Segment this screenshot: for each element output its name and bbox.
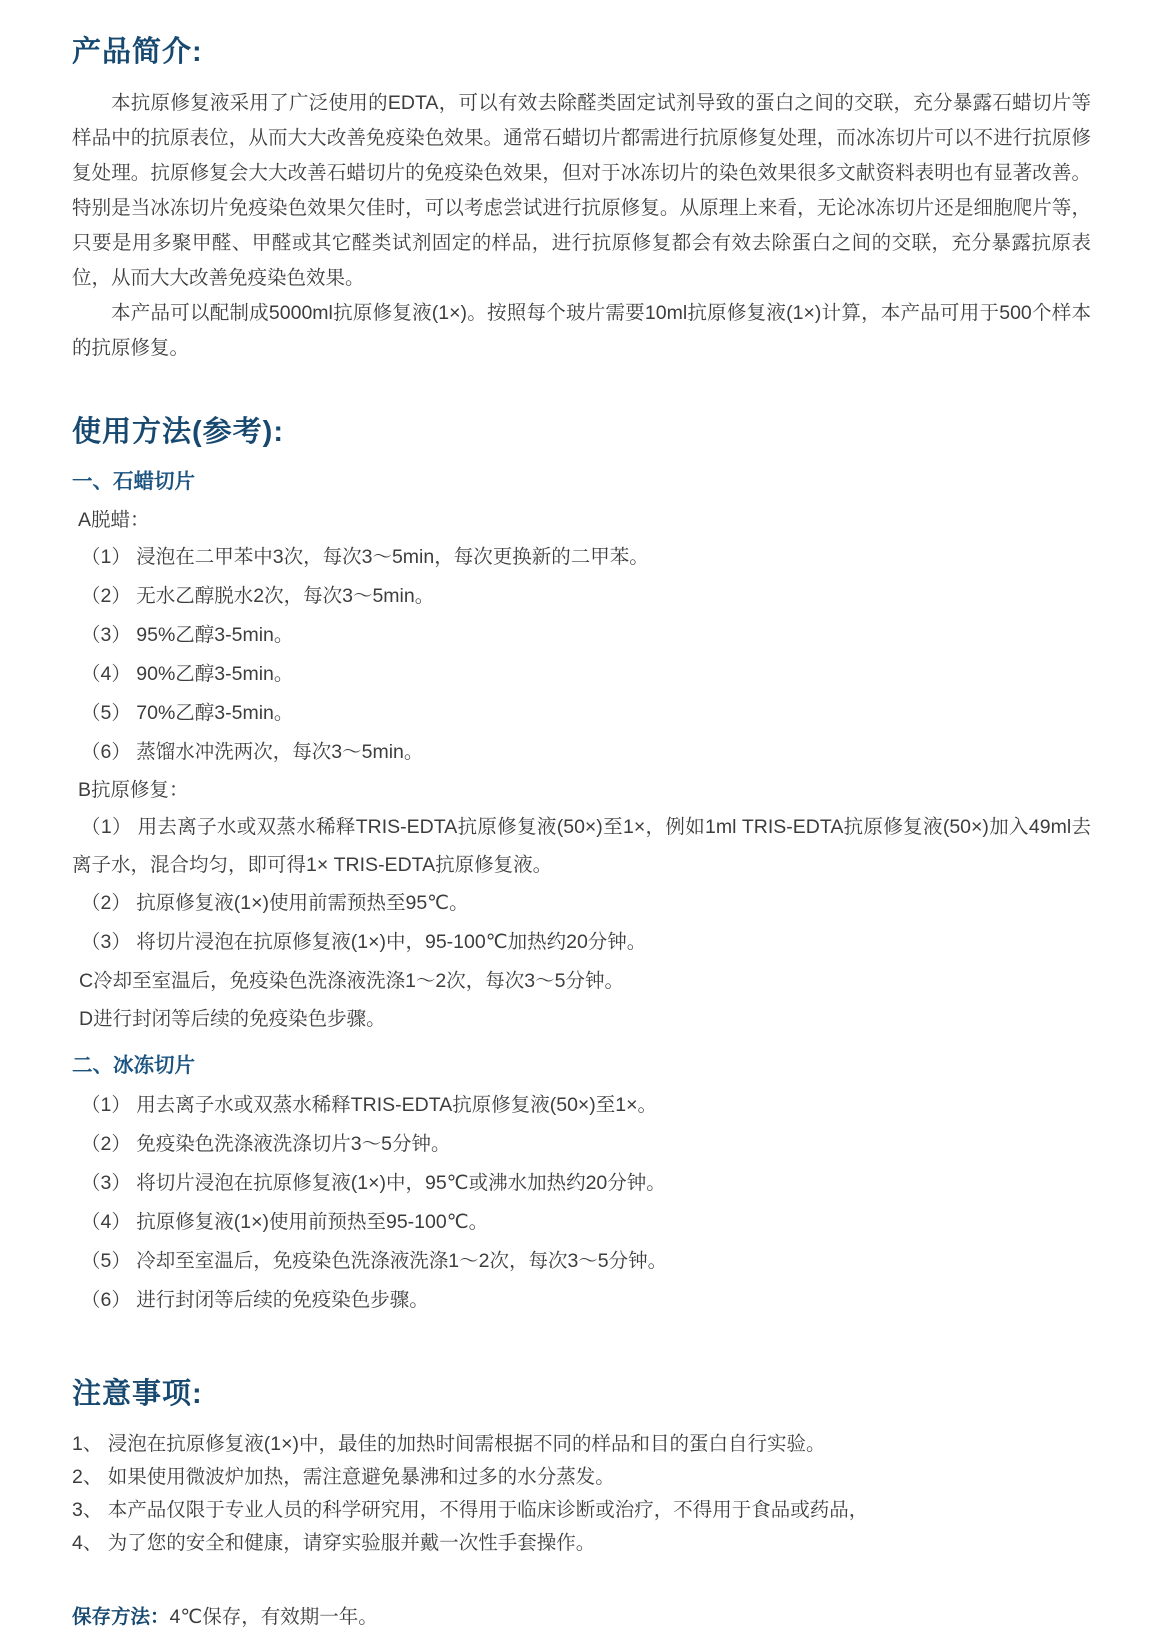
dewax-label: A脱蜡：: [72, 502, 1091, 538]
note-item-2: 2、 如果使用微波炉加热，需注意避免暴沸和过多的水分蒸发。: [72, 1461, 1091, 1494]
note-item-3: 3、 本产品仅限于专业人员的科学研究用，不得用于临床诊断或治疗，不得用于食品或药…: [72, 1494, 1091, 1527]
frozen-step-6: （6） 进行封闭等后续的免疫染色步骤。: [72, 1281, 1091, 1320]
dewax-step-4: （4） 90%乙醇3-5min。: [72, 655, 1091, 694]
frozen-step-3: （3） 将切片浸泡在抗原修复液(1×)中，95℃或沸水加热约20分钟。: [72, 1164, 1091, 1203]
frozen-step-2: （2） 免疫染色洗涤液洗涤切片3～5分钟。: [72, 1125, 1091, 1164]
storage-text: 4℃保存，有效期一年。: [170, 1606, 378, 1628]
frozen-step-5: （5） 冷却至室温后，免疫染色洗涤液洗涤1～2次，每次3～5分钟。: [72, 1242, 1091, 1281]
notes-section: 注意事项: 1、 浸泡在抗原修复液(1×)中，最佳的加热时间需根据不同的样品和目…: [72, 1374, 1091, 1560]
intro-section: 产品简介: 本抗原修复液采用了广泛使用的EDTA，可以有效去除醛类固定试剂导致的…: [72, 32, 1091, 366]
blocking-step: D进行封闭等后续的免疫染色步骤。: [72, 1000, 1091, 1038]
notes-list: 1、 浸泡在抗原修复液(1×)中，最佳的加热时间需根据不同的样品和目的蛋白自行实…: [72, 1428, 1091, 1560]
dewax-step-2: （2） 无水乙醇脱水2次，每次3～5min。: [72, 577, 1091, 616]
intro-paragraph-1: 本抗原修复液采用了广泛使用的EDTA，可以有效去除醛类固定试剂导致的蛋白之间的交…: [72, 86, 1091, 296]
dewax-step-6: （6） 蒸馏水冲洗两次，每次3～5min。: [72, 733, 1091, 772]
usage-title: 使用方法(参考):: [72, 412, 1091, 452]
frozen-step-1: （1） 用去离子水或双蒸水稀释TRIS-EDTA抗原修复液(50×)至1×。: [72, 1086, 1091, 1125]
note-item-4: 4、 为了您的安全和健康，请穿实验服并戴一次性手套操作。: [72, 1527, 1091, 1560]
cooling-step: C冷却至室温后，免疫染色洗涤液洗涤1～2次，每次3～5分钟。: [72, 962, 1091, 1000]
retrieval-label: B抗原修复：: [72, 772, 1091, 808]
document-page: 产品简介: 本抗原修复液采用了广泛使用的EDTA，可以有效去除醛类固定试剂导致的…: [0, 0, 1151, 1650]
frozen-section-heading: 二、冰冻切片: [72, 1050, 1091, 1082]
dewax-step-3: （3） 95%乙醇3-5min。: [72, 616, 1091, 655]
paraffin-section-heading: 一、石蜡切片: [72, 466, 1091, 498]
usage-section: 使用方法(参考): 一、石蜡切片 A脱蜡： （1） 浸泡在二甲苯中3次，每次3～…: [72, 412, 1091, 1320]
dewax-step-1: （1） 浸泡在二甲苯中3次，每次3～5min，每次更换新的二甲苯。: [72, 538, 1091, 577]
retrieval-step-1: （1） 用去离子水或双蒸水稀释TRIS-EDTA抗原修复液(50×)至1×，例如…: [72, 808, 1091, 884]
intro-title: 产品简介:: [72, 32, 1091, 72]
dewax-step-5: （5） 70%乙醇3-5min。: [72, 694, 1091, 733]
intro-paragraph-2: 本产品可以配制成5000ml抗原修复液(1×)。按照每个玻片需要10ml抗原修复…: [72, 296, 1091, 366]
retrieval-step-3: （3） 将切片浸泡在抗原修复液(1×)中，95-100℃加热约20分钟。: [72, 923, 1091, 962]
retrieval-step-2: （2） 抗原修复液(1×)使用前需预热至95℃。: [72, 884, 1091, 923]
note-item-1: 1、 浸泡在抗原修复液(1×)中，最佳的加热时间需根据不同的样品和目的蛋白自行实…: [72, 1428, 1091, 1461]
storage-label: 保存方法：: [72, 1606, 170, 1628]
frozen-step-4: （4） 抗原修复液(1×)使用前预热至95-100℃。: [72, 1203, 1091, 1242]
storage-line: 保存方法：4℃保存，有效期一年。: [72, 1600, 1091, 1634]
notes-title: 注意事项:: [72, 1374, 1091, 1414]
